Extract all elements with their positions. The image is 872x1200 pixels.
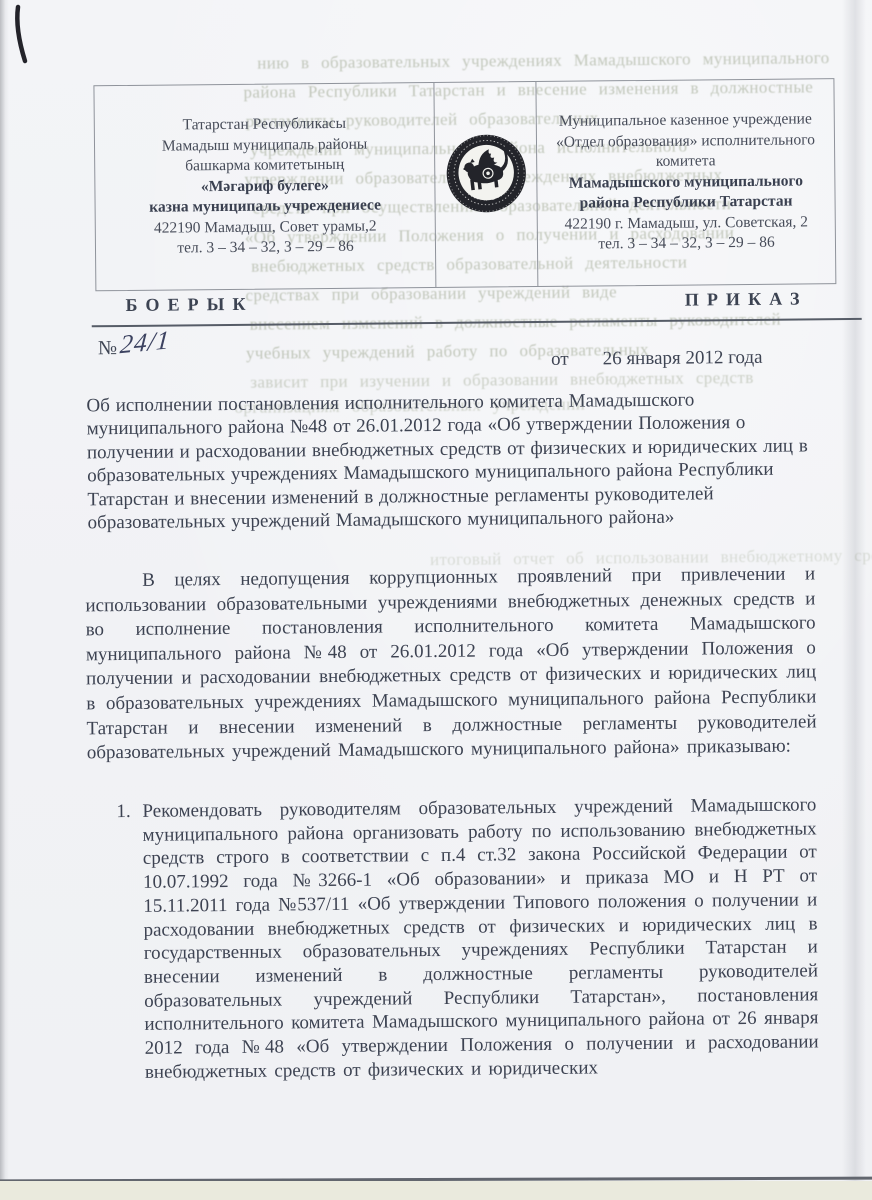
letterhead-line: башкарма комитетының — [185, 155, 344, 177]
item-number: 1. — [116, 800, 130, 824]
letterhead-line: «Отдел образования» исполнительного — [556, 130, 815, 153]
letterhead-phone: тел. 3 – 34 – 32, 3 – 29 – 86 — [177, 237, 354, 259]
letterhead-address: 422190 г. Мамадыш, ул. Советская, 2 — [565, 212, 809, 235]
letterhead-line: Муниципальное казенное учреждение — [559, 110, 812, 133]
order-subject: Об исполнении постановления исполнительн… — [86, 387, 815, 534]
letterhead-russian-block: Муниципальное казенное учреждение «Отдел… — [536, 79, 835, 286]
order-number-line: №24/1 — [98, 331, 171, 362]
letterhead-table: Татарстан Республикасы Мамадыш муниципал… — [93, 78, 836, 291]
letterhead-line: Мамадыш муниципаль районы — [162, 134, 368, 156]
letterhead-line: Татарстан Республикасы — [182, 114, 346, 136]
date-prefix: от — [551, 349, 569, 370]
letterhead-org-name: «Мәгариф булеге» — [201, 176, 329, 198]
order-item-1: 1. Рекомендовать руководителям образоват… — [116, 793, 819, 1084]
scanned-document-page: нию в образовательных учреждениях Мамады… — [0, 0, 872, 1200]
item-text: Рекомендовать руководителям образователь… — [142, 794, 818, 1082]
order-date: 26 января 2012 года — [603, 347, 763, 370]
handwritten-order-number: 24/1 — [119, 325, 171, 360]
bleed-through-line: нию в образовательных учреждениях Мамады… — [257, 48, 830, 73]
document-content: нию в образовательных учреждениях Мамады… — [0, 0, 872, 1185]
tatarstan-emblem-icon: ТАТАРСТАН — [441, 127, 530, 220]
number-sign: № — [98, 337, 117, 359]
letterhead-org-name: Мамадышского муниципального — [569, 171, 803, 194]
order-title-russian: ПРИКАЗ — [685, 288, 808, 310]
letterhead-tatar-block: Татарстан Республикасы Мамадыш муниципал… — [94, 83, 436, 290]
letterhead-emblem-cell: ТАТАРСТАН — [434, 82, 538, 287]
letterhead-address: 422190 Мамадыш, Совет урамы,2 — [154, 216, 377, 239]
order-date-line: от26 января 2012 года — [551, 347, 763, 371]
letterhead-org-name: района Республики Татарстан — [580, 192, 793, 215]
scanner-background — [0, 1181, 872, 1200]
order-preamble: В целях недопущения коррупционных проявл… — [85, 562, 817, 766]
letterhead-org-name: казна муниципаль учреждениесе — [149, 196, 381, 219]
letterhead-line: комитета — [656, 152, 716, 173]
letterhead-phone: тел. 3 – 34 – 32, 3 – 29 – 86 — [598, 233, 775, 255]
order-title-tatar: БОЕРЫК — [125, 294, 253, 316]
order-items: 1. Рекомендовать руководителям образоват… — [116, 793, 819, 1084]
